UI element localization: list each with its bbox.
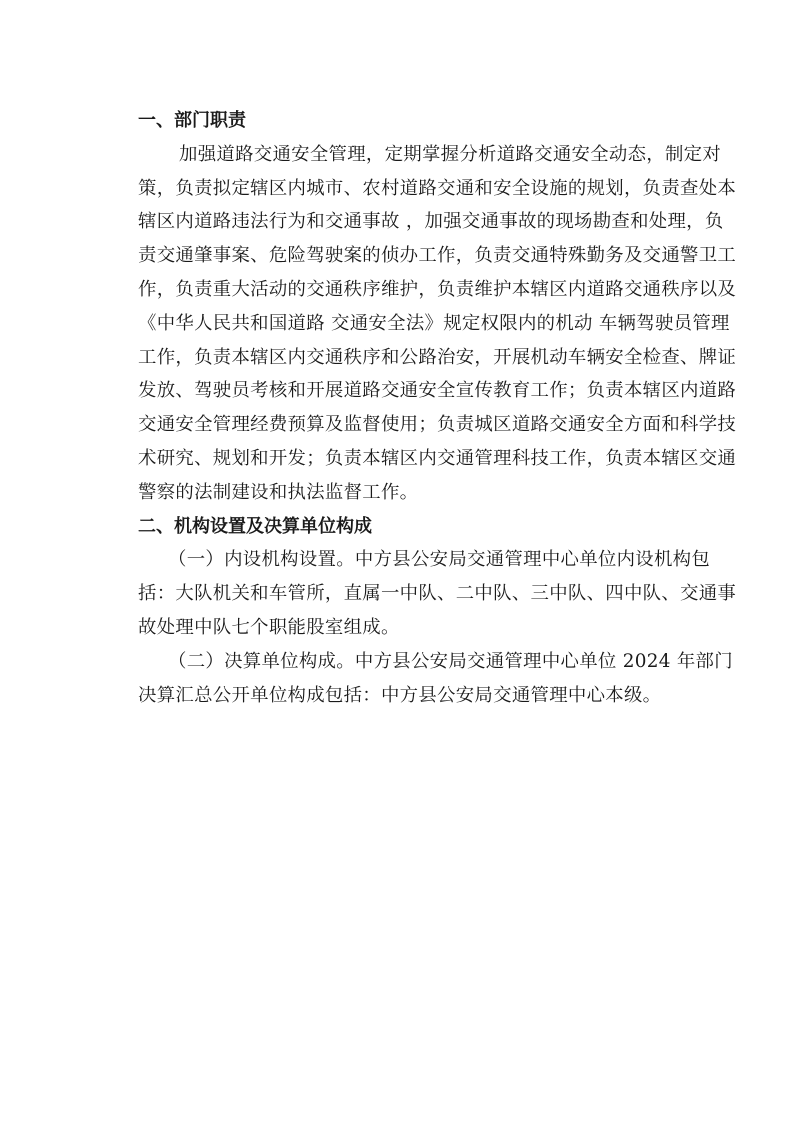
text-line: 交通安全管理经费预算及监督使用；负责城区道路交通安全方面和科学技: [97, 408, 697, 442]
paragraph-budget-units: （二）决算单位构成。中方县公安局交通管理中心单位 2024 年部门 决算汇总公开…: [97, 645, 697, 713]
section-heading-organization: 二、机构设置及决算单位构成: [97, 510, 697, 544]
text-line: （二）决算单位构成。中方县公安局交通管理中心单位 2024 年部门: [97, 645, 697, 679]
text-line: 警察的法制建设和执法监督工作。: [97, 476, 697, 510]
document-page: 一、部门职责 加强道路交通安全管理，定期掌握分析道路交通安全动态，制定对 策，负…: [97, 104, 697, 712]
text-line: 作，负责重大活动的交通秩序维护，负责维护本辖区内道路交通秩序以及: [97, 273, 697, 307]
paragraph-internal-structure: （一）内设机构设置。中方县公安局交通管理中心单位内设机构包 括：大队机关和车管所…: [97, 543, 697, 644]
text-line: 发放、驾驶员考核和开展道路交通安全宣传教育工作；负责本辖区内道路: [97, 374, 697, 408]
text-line: 《中华人民共和国道路 交通安全法》规定权限内的机动 车辆驾驶员管理: [97, 307, 697, 341]
text-line: （一）内设机构设置。中方县公安局交通管理中心单位内设机构包: [97, 543, 697, 577]
text-line: 策，负责拟定辖区内城市、农村道路交通和安全设施的规划，负责查处本: [97, 172, 697, 206]
text-line: 术研究、规划和开发；负责本辖区内交通管理科技工作，负责本辖区交通: [97, 442, 697, 476]
text-line: 决算汇总公开单位构成包括：中方县公安局交通管理中心本级。: [97, 679, 697, 713]
text-line: 辖区内道路违法行为和交通事故 ，加强交通事故的现场勘查和处理，负: [97, 205, 697, 239]
section-heading-duties: 一、部门职责: [97, 104, 697, 138]
paragraph-duties: 加强道路交通安全管理，定期掌握分析道路交通安全动态，制定对 策，负责拟定辖区内城…: [97, 138, 697, 510]
text-line: 括：大队机关和车管所，直属一中队、二中队、三中队、四中队、交通事: [97, 577, 697, 611]
text-line: 工作，负责本辖区内交通秩序和公路治安，开展机动车辆安全检查、牌证: [97, 341, 697, 375]
text-line: 加强道路交通安全管理，定期掌握分析道路交通安全动态，制定对: [97, 138, 697, 172]
text-line: 责交通肇事案、危险驾驶案的侦办工作，负责交通特殊勤务及交通警卫工: [97, 239, 697, 273]
text-line: 故处理中队七个职能股室组成。: [97, 611, 697, 645]
